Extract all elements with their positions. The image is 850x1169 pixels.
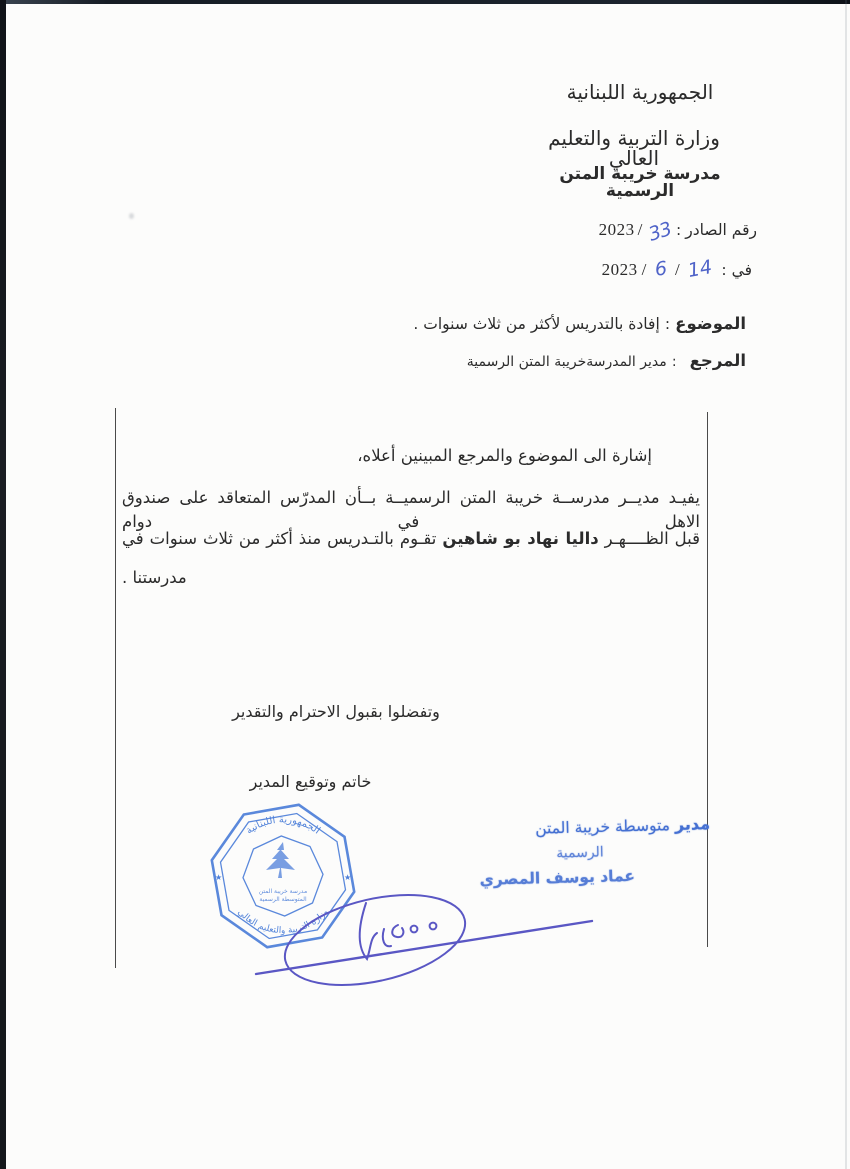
scanned-letter-page: الجمهورية اللبنانية وزارة التربية والتعل… [0,0,850,1169]
date-line: 2023 / 6 / 14 : في [602,260,752,280]
date-day-handwritten: 14 [687,258,714,281]
date-year: 2023 [602,260,638,280]
official-stamp-and-signature: مدرسة خريبة المتن المتوسطة الرسمية الجمه… [190,795,670,1010]
stamp-signature-label: خاتم وتوقيع المدير [243,772,378,791]
left-margin-rule [115,408,116,968]
issue-number-handwritten: 33 [646,220,673,245]
subject-text: إفادة بالتدريس لأكثر من ثلاث سنوات . [413,315,659,333]
body-line-3-pre: قبل الظــــهـر [605,529,700,548]
date-colon: : [721,261,726,279]
scan-speck [129,213,134,219]
stamp-star-right-icon: ★ [344,873,351,882]
date-slash-2: / [675,260,680,280]
date-slash-1: / [642,260,647,280]
date-month-handwritten: 6 [654,259,668,279]
reference-text: مدير المدرسةخريبة المتن الرسمية [467,354,667,370]
stamp-inner-text-1: مدرسة خريبة المتن [259,888,307,895]
body-line-4: مدرستنا . [122,566,700,590]
date-label: في [732,261,752,279]
scan-left-edge [0,0,6,1169]
body-line-3: قبل الظــــهـر داليا نهاد بو شاهين تقـوم… [122,527,700,551]
issue-slash: / [638,220,643,240]
reference-colon: : [672,354,677,370]
director-stamp-title-bold: مدير [675,814,711,834]
subject-colon: : [665,315,670,333]
issue-colon: : [676,221,681,239]
subject-label: الموضوع [675,314,746,333]
teacher-name: داليا نهاد بو شاهين [442,529,598,548]
letterhead-school: مدرسة خريبة المتن الرسمية [540,166,740,200]
cedar-tree-icon [266,842,295,878]
right-margin-rule [707,412,708,947]
issue-year: 2023 [599,220,635,240]
subject-line: الموضوع : إفادة بالتدريس لأكثر من ثلاث س… [413,314,746,333]
reference-line: المرجع : مدير المدرسةخريبة المتن الرسمية [467,351,746,370]
stamp-arc-top-text: الجمهورية اللبنانية [244,814,322,836]
issue-number-line: 2023 / 33 : رقم الصادر [599,220,757,240]
scan-top-edge [6,0,850,4]
stamp-arc-bottom-text: وزارة التربية والتعليم العالي [235,907,330,936]
reference-label: المرجع [690,351,746,370]
stamp-star-left-icon: ★ [215,873,222,882]
scan-right-edge [845,0,847,1169]
body-line-1: إشارة الى الموضوع والمرجع المبينين أعلاه… [122,444,700,468]
stamp-inner-text-2: المتوسطة الرسمية [259,896,307,903]
octagon-stamp [212,805,354,947]
letterhead-country: الجمهورية اللبنانية [540,82,740,102]
issue-label: رقم الصادر [685,221,757,239]
closing-regards: وتفضلوا بقبول الاحترام والتقدير [205,702,467,721]
body-line-3-post: تقـوم بالتـدريس منذ أكثر من ثلاث سنوات ف… [122,529,436,548]
letterhead-ministry: وزارة التربية والتعليم العالي [528,128,740,168]
